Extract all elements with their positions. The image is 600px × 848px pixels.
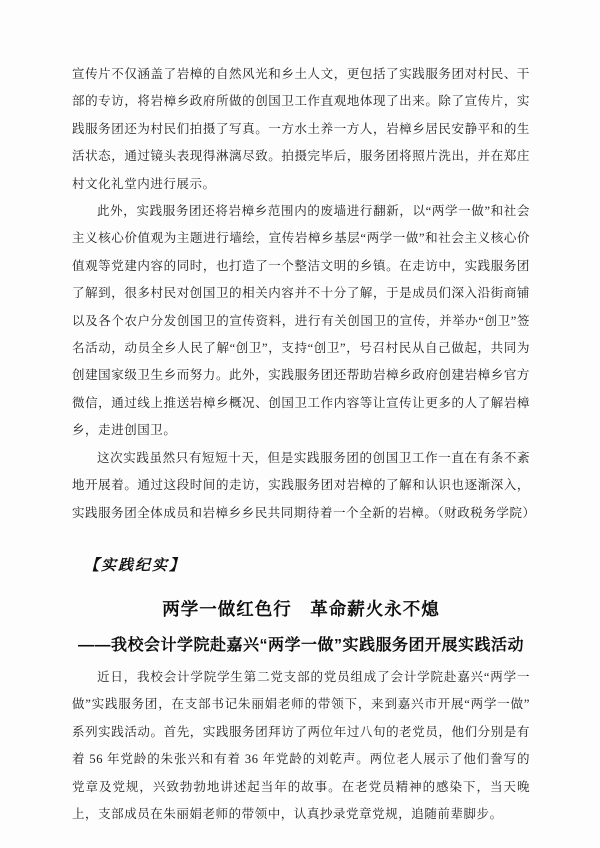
paragraph-wall-renovation: 此外，实践服务团还将岩樟乡范围内的废墙进行翻新，以“两学一做”和社会主义核心价值…: [72, 198, 530, 445]
section-label-practice-record: 【实践纪实】: [72, 554, 530, 575]
article-title: 两学一做红色行 革命薪火永不熄: [72, 596, 530, 621]
paragraph-article-body: 近日，我校会计学院学生第二党支部的党员组成了会计学院赴嘉兴“两学一做”实践服务团…: [72, 664, 530, 828]
paragraph-continued: 宣传片不仅涵盖了岩樟的自然风光和乡土人文，更包括了实践服务团对村民、干部的专访，…: [72, 61, 530, 198]
article-subtitle: ——我校会计学院赴嘉兴“两学一做”实践服务团开展实践活动: [72, 632, 530, 655]
document-page: 宣传片不仅涵盖了岩樟的自然风光和乡土人文，更包括了实践服务团对村民、干部的专访，…: [0, 0, 600, 848]
paragraph-conclusion: 这次实践虽然只有短短十天，但是实践服务团的创国卫工作一直在有条不紊地开展着。通过…: [72, 445, 530, 527]
